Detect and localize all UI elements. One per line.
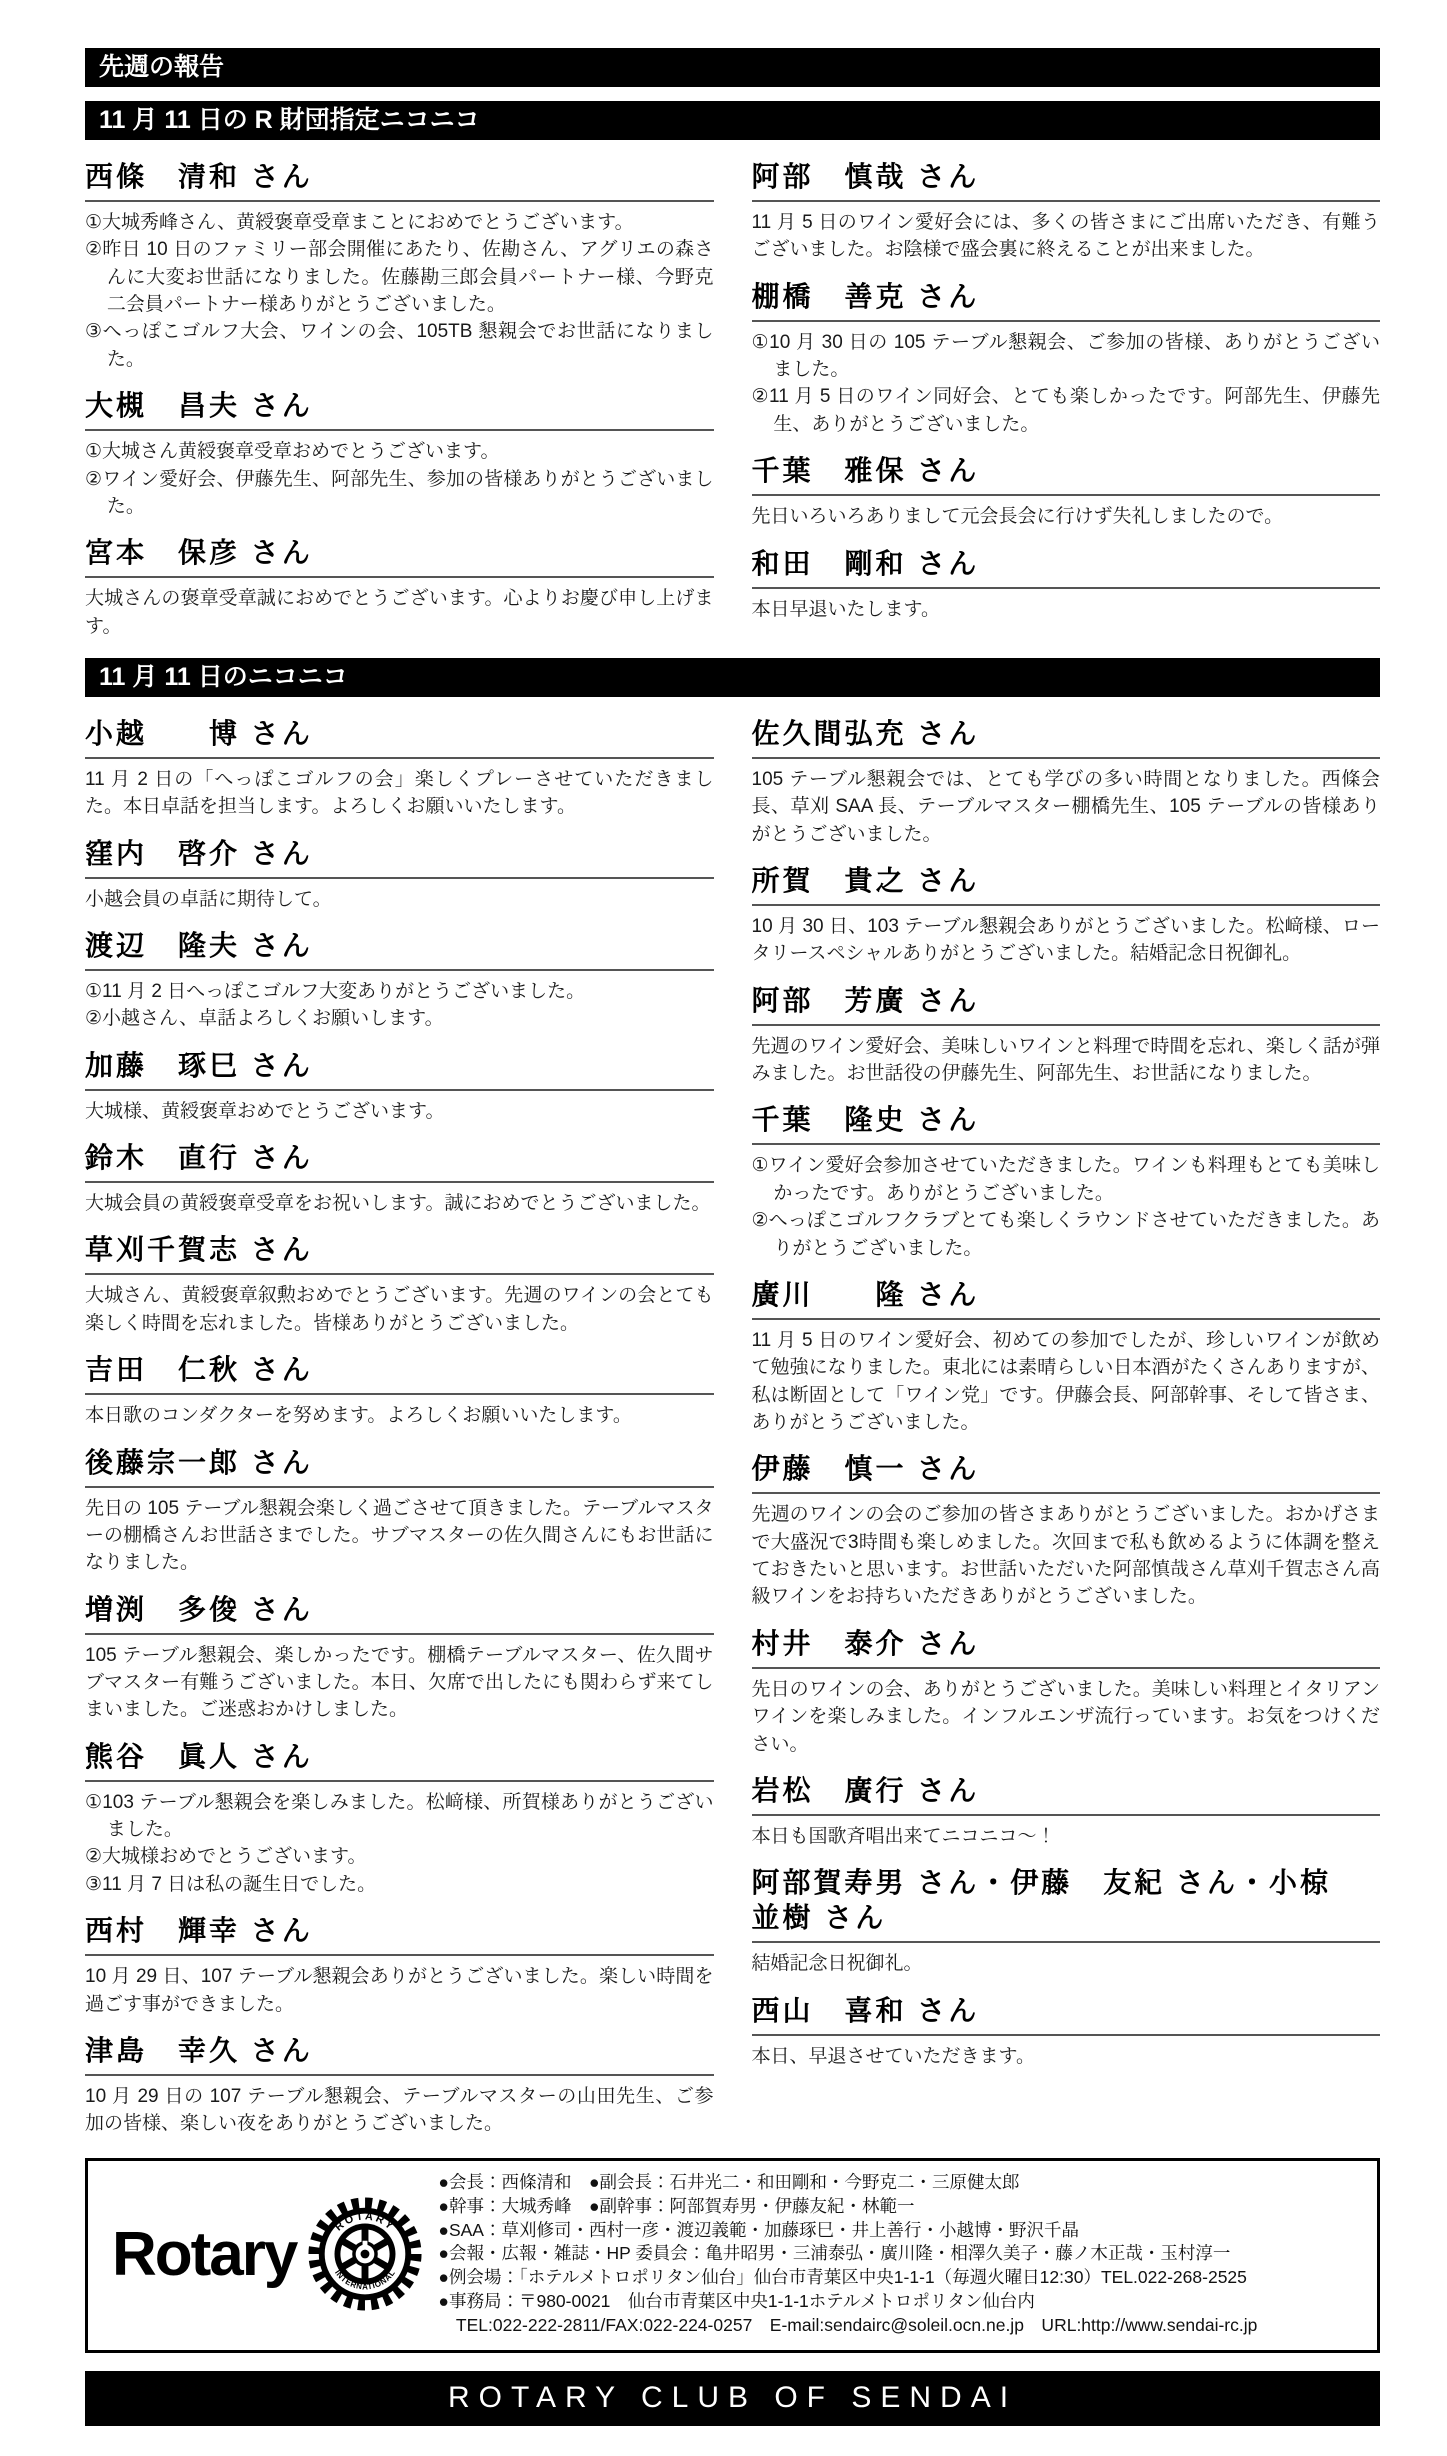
member-comment: 大城さんの褒章受章誠におめでとうございます。心よりお慶び申し上げます。 <box>85 585 714 640</box>
comment-line: 11 月 5 日のワイン愛好会、初めての参加でしたが、珍しいワインが飲めて勉強に… <box>752 1327 1381 1436</box>
member-entry: 千葉 隆史 さん ①ワイン愛好会参加させていただきました。ワインも料理もとても美… <box>752 1100 1381 1261</box>
member-name: 廣川 隆 さん <box>752 1275 1381 1320</box>
member-name: 大槻 昌夫 さん <box>85 386 714 431</box>
member-comment: 105 テーブル懇親会、楽しかったです。棚橋テーブルマスター、佐久間サブマスター… <box>85 1642 714 1724</box>
member-name: 阿部賀寿男 さん・伊藤 友紀 さん・小椋 並樹 さん <box>752 1863 1381 1943</box>
member-entry: 村井 泰介 さん 先日のワインの会、ありがとうございました。美味しい料理とイタリ… <box>752 1624 1381 1758</box>
member-entry: 加藤 琢巳 さん 大城様、黄綬褒章おめでとうございます。 <box>85 1046 714 1125</box>
member-comment: 小越会員の卓話に期待して。 <box>85 886 714 913</box>
member-comment: 本日歌のコンダクターを努めます。よろしくお願いいたします。 <box>85 1402 714 1429</box>
comment-line: 先日いろいろありまして元会長会に行けず失礼しましたので。 <box>752 503 1381 530</box>
member-name: 佐久間弘充 さん <box>752 714 1381 759</box>
member-entry: 阿部賀寿男 さん・伊藤 友紀 さん・小椋 並樹 さん 結婚記念日祝御礼。 <box>752 1863 1381 1977</box>
member-name: 津島 幸久 さん <box>85 2031 714 2076</box>
member-name: 千葉 雅保 さん <box>752 451 1381 496</box>
member-entry: 西山 喜和 さん 本日、早退させていただきます。 <box>752 1991 1381 2070</box>
comment-line: ①11 月 2 日へっぽこゴルフ大変ありがとうございました。 <box>85 978 714 1005</box>
member-comment: 11 月 5 日のワイン愛好会には、多くの皆さまにご出席いただき、有難うございま… <box>752 209 1381 264</box>
member-name: 草刈千賀志 さん <box>85 1230 714 1275</box>
footer-banner-text: ROTARY CLUB OF SENDAI <box>448 2381 1017 2414</box>
member-comment: 大城会員の黄綬褒章受章をお祝いします。誠におめでとうございました。 <box>85 1190 714 1217</box>
club-info-line: TEL:022-222-2811/FAX:022-224-0257 E-mail… <box>438 2314 1363 2338</box>
member-comment: 大城様、黄綬褒章おめでとうございます。 <box>85 1098 714 1125</box>
member-comment: 大城さん、黄綬褒章叙勲おめでとうございます。先週のワインの会とても楽しく時間を忘… <box>85 1282 714 1337</box>
member-entry: 所賀 貴之 さん 10 月 30 日、103 テーブル懇親会ありがとうございまし… <box>752 861 1381 968</box>
member-entry: 阿部 芳廣 さん 先週のワイン愛好会、美味しいワインと料理で時間を忘れ、楽しく話… <box>752 981 1381 1088</box>
comment-line: 結婚記念日祝御礼。 <box>752 1950 1381 1977</box>
comment-line: 大城さん、黄綬褒章叙勲おめでとうございます。先週のワインの会とても楽しく時間を忘… <box>85 1282 714 1337</box>
two-column-layout: 西條 清和 さん ①大城秀峰さん、黄綬褒章受章まことにおめでとうございます。②昨… <box>85 144 1380 644</box>
member-comment: 結婚記念日祝御礼。 <box>752 1950 1381 1977</box>
newsletter-page: 先週の報告 11 月 11 日の R 財団指定ニコニコ 西條 清和 さん ①大城… <box>0 0 1447 2456</box>
member-entry: 廣川 隆 さん 11 月 5 日のワイン愛好会、初めての参加でしたが、珍しいワイ… <box>752 1275 1381 1436</box>
member-name: 千葉 隆史 さん <box>752 1100 1381 1145</box>
member-comment: 本日、早退させていただきます。 <box>752 2043 1381 2070</box>
comment-line: 大城さんの褒章受章誠におめでとうございます。心よりお慶び申し上げます。 <box>85 585 714 640</box>
member-name: 加藤 琢巳 さん <box>85 1046 714 1091</box>
club-info-line: ●会長：西條清和 ●副会長：石井光二・和田剛和・今野克二・三原健太郎 <box>438 2171 1363 2195</box>
club-info-box: Rotary ROTARY INTERNATIONAL <box>85 2158 1380 2354</box>
member-name: 窪内 啓介 さん <box>85 834 714 879</box>
comment-line: 大城様、黄綬褒章おめでとうございます。 <box>85 1098 714 1125</box>
comment-line: 本日早退いたします。 <box>752 596 1381 623</box>
club-info-line: ●事務局：〒980-0021 仙台市青葉区中央1-1-1ホテルメトロポリタン仙台… <box>438 2290 1363 2314</box>
member-name: 伊藤 慎一 さん <box>752 1449 1381 1494</box>
comment-line: ②昨日 10 日のファミリー部会開催にあたり、佐勘さん、アグリエの森さんに大変お… <box>85 236 714 318</box>
member-comment: 本日早退いたします。 <box>752 596 1381 623</box>
member-comment: 先週のワインの会のご参加の皆さまありがとうございました。おかげさまで大盛況で3時… <box>752 1501 1381 1610</box>
comment-line: ②へっぽこゴルフクラブとても楽しくラウンドさせていただきました。ありがとうござい… <box>752 1207 1381 1262</box>
rotary-wheel-icon: ROTARY INTERNATIONAL <box>306 2195 424 2313</box>
member-comment: ①大城秀峰さん、黄綬褒章受章まことにおめでとうございます。②昨日 10 日のファ… <box>85 209 714 373</box>
member-entry: 渡辺 隆夫 さん ①11 月 2 日へっぽこゴルフ大変ありがとうございました。②… <box>85 926 714 1033</box>
club-officer-lines: ●会長：西條清和 ●副会長：石井光二・和田剛和・今野克二・三原健太郎●幹事：大城… <box>438 2171 1363 2339</box>
rotary-logo: Rotary ROTARY INTERNATIONAL <box>112 2195 424 2313</box>
member-comment: ①11 月 2 日へっぽこゴルフ大変ありがとうございました。②小越さん、卓話よろ… <box>85 978 714 1033</box>
comment-line: 本日も国歌斉唱出来てニコニコ～！ <box>752 1823 1381 1850</box>
two-column-layout: 小越 博 さん 11 月 2 日の「へっぽこゴルフの会」楽しくプレーさせていただ… <box>85 701 1380 2142</box>
club-info-line: ●SAA：草刈修司・西村一彦・渡辺義範・加藤琢巳・井上善行・小越博・野沢千晶 <box>438 2219 1363 2243</box>
member-entry: 後藤宗一郎 さん 先日の 105 テーブル懇親会楽しく過ごさせて頂きました。テー… <box>85 1443 714 1577</box>
member-comment: 本日も国歌斉唱出来てニコニコ～！ <box>752 1823 1381 1850</box>
member-comment: 先日のワインの会、ありがとうございました。美味しい料理とイタリアンワインを楽しみ… <box>752 1676 1381 1758</box>
member-comment: ①大城さん黄綬褒章受章おめでとうございます。②ワイン愛好会、伊藤先生、阿部先生、… <box>85 438 714 520</box>
comment-line: ①10 月 30 日の 105 テーブル懇親会、ご参加の皆様、ありがとうございま… <box>752 329 1381 384</box>
member-name: 西村 輝幸 さん <box>85 1911 714 1956</box>
member-name: 鈴木 直行 さん <box>85 1138 714 1183</box>
comment-line: ③へっぽこゴルフ大会、ワインの会、105TB 懇親会でお世話になりました。 <box>85 318 714 373</box>
member-name: 増渕 多俊 さん <box>85 1590 714 1635</box>
member-comment: 105 テーブル懇親会では、とても学びの多い時間となりました。西條会長、草刈 S… <box>752 766 1381 848</box>
member-name: 宮本 保彦 さん <box>85 533 714 578</box>
member-entry: 草刈千賀志 さん 大城さん、黄綬褒章叙勲おめでとうございます。先週のワインの会と… <box>85 1230 714 1337</box>
right-column: 佐久間弘充 さん 105 テーブル懇親会では、とても学びの多い時間となりました。… <box>752 701 1381 2142</box>
member-entry: 窪内 啓介 さん 小越会員の卓話に期待して。 <box>85 834 714 913</box>
member-name: 吉田 仁秋 さん <box>85 1350 714 1395</box>
member-name: 渡辺 隆夫 さん <box>85 926 714 971</box>
member-comment: ①ワイン愛好会参加させていただきました。ワインも料理もとても美味しかったです。あ… <box>752 1152 1381 1261</box>
comment-line: 先週のワイン愛好会、美味しいワインと料理で時間を忘れ、楽しく話が弾みました。お世… <box>752 1033 1381 1088</box>
member-comment: ①10 月 30 日の 105 テーブル懇親会、ご参加の皆様、ありがとうございま… <box>752 329 1381 438</box>
footer-banner: ROTARY CLUB OF SENDAI <box>85 2371 1380 2426</box>
member-entry: 大槻 昌夫 さん ①大城さん黄綬褒章受章おめでとうございます。②ワイン愛好会、伊… <box>85 386 714 520</box>
member-entry: 宮本 保彦 さん 大城さんの褒章受章誠におめでとうございます。心よりお慶び申し上… <box>85 533 714 640</box>
right-column: 阿部 慎哉 さん 11 月 5 日のワイン愛好会には、多くの皆さまにご出席いただ… <box>752 144 1381 644</box>
club-info-line: ●幹事：大城秀峰 ●副幹事：阿部賀寿男・伊藤友紀・林範一 <box>438 2195 1363 2219</box>
member-entry: 阿部 慎哉 さん 11 月 5 日のワイン愛好会には、多くの皆さまにご出席いただ… <box>752 157 1381 264</box>
comment-line: 本日歌のコンダクターを努めます。よろしくお願いいたします。 <box>85 1402 714 1429</box>
comment-line: 小越会員の卓話に期待して。 <box>85 886 714 913</box>
member-name: 所賀 貴之 さん <box>752 861 1381 906</box>
member-name: 熊谷 眞人 さん <box>85 1737 714 1782</box>
member-entry: 西村 輝幸 さん 10 月 29 日、107 テーブル懇親会ありがとうございまし… <box>85 1911 714 2018</box>
member-entry: 棚橋 善克 さん ①10 月 30 日の 105 テーブル懇親会、ご参加の皆様、… <box>752 277 1381 438</box>
comment-line: ②小越さん、卓話よろしくお願いします。 <box>85 1005 714 1032</box>
member-entry: 千葉 雅保 さん 先日いろいろありまして元会長会に行けず失礼しましたので。 <box>752 451 1381 530</box>
comment-line: 11 月 5 日のワイン愛好会には、多くの皆さまにご出席いただき、有難うございま… <box>752 209 1381 264</box>
member-name: 小越 博 さん <box>85 714 714 759</box>
member-comment: 10 月 29 日の 107 テーブル懇親会、テーブルマスターの山田先生、ご参加… <box>85 2083 714 2138</box>
comment-line: ②11 月 5 日のワイン同好会、とても楽しかったです。阿部先生、伊藤先生、あり… <box>752 383 1381 438</box>
member-comment: 10 月 30 日、103 テーブル懇親会ありがとうございました。松﨑様、ロータ… <box>752 913 1381 968</box>
comment-line: ①ワイン愛好会参加させていただきました。ワインも料理もとても美味しかったです。あ… <box>752 1152 1381 1207</box>
comment-line: 10 月 30 日、103 テーブル懇親会ありがとうございました。松﨑様、ロータ… <box>752 913 1381 968</box>
comment-line: 105 テーブル懇親会では、とても学びの多い時間となりました。西條会長、草刈 S… <box>752 766 1381 848</box>
club-info-line: ●会報・広報・雑誌・HP 委員会：亀井昭男・三浦泰弘・廣川隆・相澤久美子・藤ノ木… <box>438 2242 1363 2266</box>
comment-line: 大城会員の黄綬褒章受章をお祝いします。誠におめでとうございました。 <box>85 1190 714 1217</box>
member-name: 村井 泰介 さん <box>752 1624 1381 1669</box>
club-info-line: ●例会場：「ホテルメトロポリタン仙台」仙台市青葉区中央1-1-1（毎週火曜日12… <box>438 2266 1363 2290</box>
member-entry: 吉田 仁秋 さん 本日歌のコンダクターを努めます。よろしくお願いいたします。 <box>85 1350 714 1429</box>
member-entry: 岩松 廣行 さん 本日も国歌斉唱出来てニコニコ～！ <box>752 1771 1381 1850</box>
sections-container: 11 月 11 日の R 財団指定ニコニコ 西條 清和 さん ①大城秀峰さん、黄… <box>85 101 1380 2142</box>
member-comment: ①103 テーブル懇親会を楽しみました。松﨑様、所賀様ありがとうございました。②… <box>85 1789 714 1898</box>
comment-line: ①大城さん黄綬褒章受章おめでとうございます。 <box>85 438 714 465</box>
nikoniko-section: 11 月 11 日のニコニコ 小越 博 さん 11 月 2 日の「へっぽこゴルフ… <box>85 658 1380 2142</box>
member-comment: 先週のワイン愛好会、美味しいワインと料理で時間を忘れ、楽しく話が弾みました。お世… <box>752 1033 1381 1088</box>
member-name: 阿部 慎哉 さん <box>752 157 1381 202</box>
nikoniko-section: 11 月 11 日の R 財団指定ニコニコ 西條 清和 さん ①大城秀峰さん、黄… <box>85 101 1380 644</box>
member-comment: 先日の 105 テーブル懇親会楽しく過ごさせて頂きました。テーブルマスターの棚橋… <box>85 1495 714 1577</box>
member-entry: 熊谷 眞人 さん ①103 テーブル懇親会を楽しみました。松﨑様、所賀様ありがと… <box>85 1737 714 1898</box>
member-name: 後藤宗一郎 さん <box>85 1443 714 1488</box>
member-entry: 増渕 多俊 さん 105 テーブル懇親会、楽しかったです。棚橋テーブルマスター、… <box>85 1590 714 1724</box>
member-name: 和田 剛和 さん <box>752 544 1381 589</box>
member-entry: 伊藤 慎一 さん 先週のワインの会のご参加の皆さまありがとうございました。おかげ… <box>752 1449 1381 1610</box>
left-column: 小越 博 さん 11 月 2 日の「へっぽこゴルフの会」楽しくプレーさせていただ… <box>85 701 714 2142</box>
member-name: 棚橋 善克 さん <box>752 277 1381 322</box>
section-title: 11 月 11 日のニコニコ <box>99 663 348 691</box>
section-title: 11 月 11 日の R 財団指定ニコニコ <box>99 106 480 134</box>
comment-line: 先日の 105 テーブル懇親会楽しく過ごさせて頂きました。テーブルマスターの棚橋… <box>85 1495 714 1577</box>
comment-line: 先日のワインの会、ありがとうございました。美味しい料理とイタリアンワインを楽しみ… <box>752 1676 1381 1758</box>
member-entry: 鈴木 直行 さん 大城会員の黄綬褒章受章をお祝いします。誠におめでとうございまし… <box>85 1138 714 1217</box>
member-entry: 和田 剛和 さん 本日早退いたします。 <box>752 544 1381 623</box>
member-entry: 佐久間弘充 さん 105 テーブル懇親会では、とても学びの多い時間となりました。… <box>752 714 1381 848</box>
member-name: 阿部 芳廣 さん <box>752 981 1381 1026</box>
member-comment: 11 月 2 日の「へっぽこゴルフの会」楽しくプレーさせていただきました。本日卓… <box>85 766 714 821</box>
rotary-wordmark: Rotary <box>112 2219 296 2290</box>
left-column: 西條 清和 さん ①大城秀峰さん、黄綬褒章受章まことにおめでとうございます。②昨… <box>85 144 714 644</box>
comment-line: ②ワイン愛好会、伊藤先生、阿部先生、参加の皆様ありがとうございました。 <box>85 466 714 521</box>
member-entry: 小越 博 さん 11 月 2 日の「へっぽこゴルフの会」楽しくプレーさせていただ… <box>85 714 714 821</box>
comment-line: 105 テーブル懇親会、楽しかったです。棚橋テーブルマスター、佐久間サブマスター… <box>85 1642 714 1724</box>
member-entry: 津島 幸久 さん 10 月 29 日の 107 テーブル懇親会、テーブルマスター… <box>85 2031 714 2138</box>
comment-line: ①大城秀峰さん、黄綬褒章受章まことにおめでとうございます。 <box>85 209 714 236</box>
section-title-bar: 11 月 11 日のニコニコ <box>85 658 1380 697</box>
comment-line: ③11 月 7 日は私の誕生日でした。 <box>85 1871 714 1898</box>
section-title-bar: 11 月 11 日の R 財団指定ニコニコ <box>85 101 1380 140</box>
report-header-title: 先週の報告 <box>99 53 224 81</box>
comment-line: 10 月 29 日、107 テーブル懇親会ありがとうございました。楽しい時間を過… <box>85 1963 714 2018</box>
comment-line: ①103 テーブル懇親会を楽しみました。松﨑様、所賀様ありがとうございました。 <box>85 1789 714 1844</box>
comment-line: 11 月 2 日の「へっぽこゴルフの会」楽しくプレーさせていただきました。本日卓… <box>85 766 714 821</box>
member-comment: 11 月 5 日のワイン愛好会、初めての参加でしたが、珍しいワインが飲めて勉強に… <box>752 1327 1381 1436</box>
member-name: 西條 清和 さん <box>85 157 714 202</box>
comment-line: 10 月 29 日の 107 テーブル懇親会、テーブルマスターの山田先生、ご参加… <box>85 2083 714 2138</box>
comment-line: ②大城様おめでとうございます。 <box>85 1843 714 1870</box>
member-entry: 西條 清和 さん ①大城秀峰さん、黄綬褒章受章まことにおめでとうございます。②昨… <box>85 157 714 373</box>
member-comment: 先日いろいろありまして元会長会に行けず失礼しましたので。 <box>752 503 1381 530</box>
report-header-bar: 先週の報告 <box>85 48 1380 87</box>
member-name: 西山 喜和 さん <box>752 1991 1381 2036</box>
comment-line: 本日、早退させていただきます。 <box>752 2043 1381 2070</box>
member-name: 岩松 廣行 さん <box>752 1771 1381 1816</box>
member-comment: 10 月 29 日、107 テーブル懇親会ありがとうございました。楽しい時間を過… <box>85 1963 714 2018</box>
comment-line: 先週のワインの会のご参加の皆さまありがとうございました。おかげさまで大盛況で3時… <box>752 1501 1381 1610</box>
